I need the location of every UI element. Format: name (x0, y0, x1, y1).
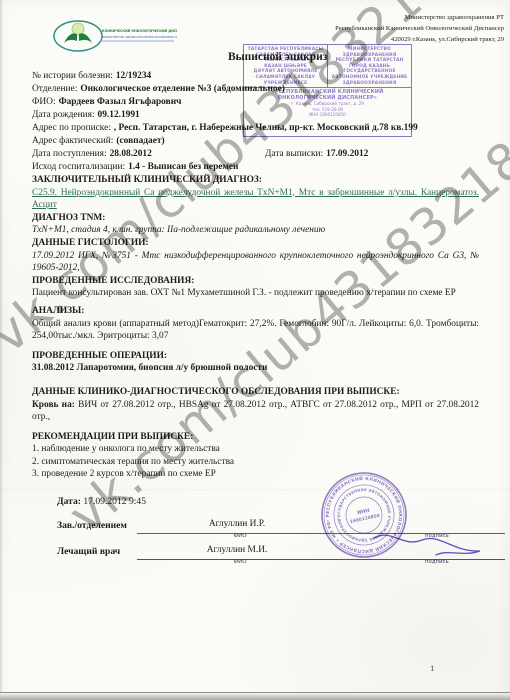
signature-stroke (374, 535, 480, 555)
investigations-text: Пациент консультирован зав. ОХТ №1 Мухам… (32, 287, 479, 300)
signer-role: Лечащий врач (57, 546, 120, 557)
recommendation-item: 2. симптоматическая терапия по месту жит… (32, 456, 479, 469)
final-diagnosis-text: C25.9. Нейроэндокринный Са поджелудочной… (32, 187, 479, 212)
field-label: Отделение: (32, 84, 77, 94)
field-value: 09.12.1991 (98, 110, 140, 120)
operations-text: 31.08.2012 Лапаротомия, биопсия л/у брюш… (32, 362, 479, 375)
clinic-logo-graphic: КЛИНИЧЕСКИЙ ОНКОЛОГИЧЕСКИЙ ДИСПАНСЕР МИН… (52, 16, 177, 54)
field-value: (совпадает) (116, 136, 164, 146)
field-label: Дата поступления: (32, 149, 107, 159)
logo-left-hand (64, 33, 77, 43)
logo-caption-line1: КЛИНИЧЕСКИЙ ОНКОЛОГИЧЕСКИЙ ДИСПАНСЕР (102, 28, 177, 33)
field-value: 17.09.2012 (326, 149, 368, 159)
heading-analyses: АНАЛИЗЫ: (32, 305, 479, 318)
tnm-text: TxN+M1, стадия 4, клин. группа: IIа-подл… (32, 224, 479, 237)
rect-stamp-tatar-column: ТАТАРСТАН РЕСПУБЛИКАСЫ СӘЛАМӘТЛЕК САКЛАУ… (244, 45, 327, 87)
logo-right-hand (79, 33, 92, 43)
heading-investigations: ПРОВЕДЕННЫЕ ИССЛЕДОВАНИЯ: (32, 275, 479, 288)
rect-stamp-russian-column: МИНИСТЕРСТВО ЗДРАВООХРАНЕНИЯ РЕСПУБЛИКИ … (327, 45, 411, 87)
date-value: 17.09.2012 9:45 (83, 496, 146, 507)
clinic-logo: КЛИНИЧЕСКИЙ ОНКОЛОГИЧЕСКИЙ ДИСПАНСЕР МИН… (52, 16, 177, 59)
heading-tnm: ДИАГНОЗ TNM: (32, 212, 479, 225)
rect-stamp-bottom: «РЕСПУБЛИКАНСКИЙ КЛИНИЧЕСКИЙ ОНКОЛОГИЧЕС… (244, 87, 411, 119)
rect-stamp-org-name: «РЕСПУБЛИКАНСКИЙ КЛИНИЧЕСКИЙ ОНКОЛОГИЧЕС… (245, 89, 410, 101)
ministry-address-block: Министерство здравоохранения РТ Республи… (335, 12, 504, 45)
heading-final-diagnosis: ЗАКЛЮЧИТЕЛЬНЫЙ КЛИНИЧЕСКИЙ ДИАГНОЗ: (32, 174, 479, 187)
paper-crease (0, 489, 510, 491)
caption-fio: ФИО (225, 559, 255, 565)
field-value: 12/19234 (116, 71, 151, 81)
field-label: Дата рождения: (32, 110, 95, 120)
document-date-line: Дата: 17.09.2012 9:45 (57, 496, 146, 507)
field-value: 1.4 - Выписан без перемен (128, 162, 238, 172)
field-admission-discharge-dates: Дата поступления:28.08.2012 Дата выписки… (32, 148, 479, 161)
field-value: Фардеев Фазыл Ягъфарович (59, 97, 182, 107)
field-label: № истории болезни: (32, 71, 113, 81)
recommendation-item: 3. проведение 2 курсов х/терапии по схем… (32, 468, 479, 481)
rect-stamp-org-address: г. Казань, Сибирский тракт, д. 29 тел. 5… (245, 101, 410, 117)
heading-recommendations: РЕКОМЕНДАЦИИ ПРИ ВЫПИСКЕ: (32, 431, 479, 444)
heading-operations: ПРОВЕДЕННЫЕ ОПЕРАЦИИ: (32, 350, 479, 363)
rect-stamp-columns: ТАТАРСТАН РЕСПУБЛИКАСЫ СӘЛАМӘТЛЕК САКЛАУ… (244, 45, 411, 87)
field-label: Исход госпитализации: (32, 162, 125, 172)
field-discharge-date: Дата выписки:17.09.2012 (265, 148, 368, 161)
blood-tests-lead: Кровь на: (32, 400, 75, 410)
blood-tests-values: ВИЧ от 27.08.2012 отр., HBSAg от 27.08.2… (32, 400, 479, 423)
field-label: Дата выписки: (265, 149, 323, 159)
date-label: Дата: (57, 496, 81, 507)
signer-name: Аглуллин И.Р. (172, 519, 302, 529)
heading-discharge-exam: ДАННЫЕ КЛИНИКО-ДИАГНОСТИЧЕСКОГО ОБСЛЕДОВ… (32, 386, 479, 399)
field-label: ФИО: (32, 97, 56, 107)
signer-name: Аглуллин М.И. (172, 545, 302, 555)
field-value: 28.08.2012 (110, 149, 152, 159)
discharge-exam-text: Кровь на: ВИЧ от 27.08.2012 отр., HBSAg … (32, 399, 479, 424)
field-label: Адрес фактический: (32, 136, 113, 146)
scan-edge-bottom (0, 692, 510, 700)
analyses-text: Общий анализ крови (аппаратный метод)Гем… (32, 318, 479, 343)
heading-histology: ДАННЫЕ ГИСТОЛОГИИ: (32, 237, 479, 250)
handwritten-signature (368, 524, 493, 566)
page-number: 1 (430, 663, 434, 673)
field-hospitalization-outcome: Исход госпитализации:1.4 - Выписан без п… (32, 161, 479, 174)
field-label: Адрес по прописке: (32, 123, 111, 133)
scan-edge-left (0, 0, 3, 700)
caption-fio: ФИО (225, 533, 255, 539)
rectangular-stamp: ТАТАРСТАН РЕСПУБЛИКАСЫ СӘЛАМӘТЛЕК САКЛАУ… (243, 44, 412, 137)
logo-sphere (72, 23, 84, 35)
histology-text: 17.09.2012 ИГХ, №3751 - Мтс низкодиффере… (32, 250, 479, 275)
signer-role: Зав./отделением (57, 520, 127, 531)
recommendation-item: 1. наблюдение у онколога по месту житель… (32, 443, 479, 456)
scanned-discharge-summary: КЛИНИЧЕСКИЙ ОНКОЛОГИЧЕСКИЙ ДИСПАНСЕР МИН… (0, 0, 510, 700)
logo-caption-line2: МИНИСТЕРСТВА ЗДРАВООХРАНЕНИЯ РЕСПУБЛИКИ … (102, 35, 177, 39)
